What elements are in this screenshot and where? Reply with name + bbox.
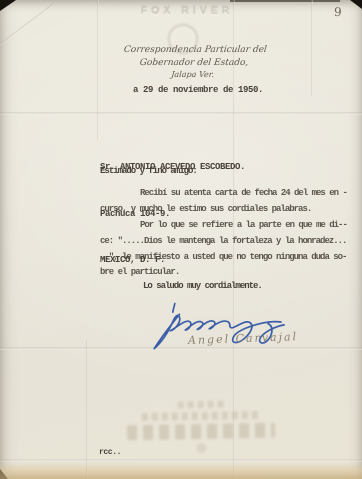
typist-initials: rcc.. (99, 448, 121, 457)
letterhead-line-3: Jalapa Ver. (104, 69, 281, 81)
body-line: Por lo que se refiere a la parte en que … (140, 220, 347, 230)
scan-corner-top-left (0, 0, 16, 11)
paper-watermark-text: FOX RIVER (112, 5, 262, 17)
letterhead-line-2: Gobernador del Estado, (105, 57, 282, 70)
fold-crease (0, 4, 54, 50)
scanned-letter-page: FOX RIVER 9 Correspondencia Particular d… (0, 0, 362, 479)
bleed-through-stamp (126, 400, 277, 455)
body-line: ..", le manifiesto a usted que no tengo … (100, 252, 346, 262)
closing-line: Lo saludo muy cordialmente. (143, 281, 262, 291)
paper-bottom-edge (0, 462, 362, 479)
scan-corner-top-right (350, 0, 362, 9)
salutation: Estimado y fino amigo: (100, 166, 197, 176)
letterhead-line-1: Correspondencia Particular del (107, 44, 284, 57)
letterhead: Correspondencia Particular del Gobernado… (104, 44, 284, 81)
body-line: ce: ".....Dios le mantenga la fortaleza … (100, 236, 346, 246)
fold-crease (0, 112, 362, 115)
body-line: bre el particular. (100, 267, 179, 277)
body-line: curso, y mucho le estimo sus cordiales p… (100, 204, 311, 214)
signature-ink (147, 292, 302, 356)
fold-crease (311, 0, 313, 96)
fold-crease (97, 0, 99, 140)
paper-edge-shadow (230, 0, 340, 2)
date-line: a 29 de noviembre de 1950. (133, 85, 263, 95)
body-line: Recibí su atenta carta de fecha 24 del m… (140, 188, 347, 198)
fold-crease (86, 340, 88, 479)
page-number: 9 (334, 5, 342, 19)
